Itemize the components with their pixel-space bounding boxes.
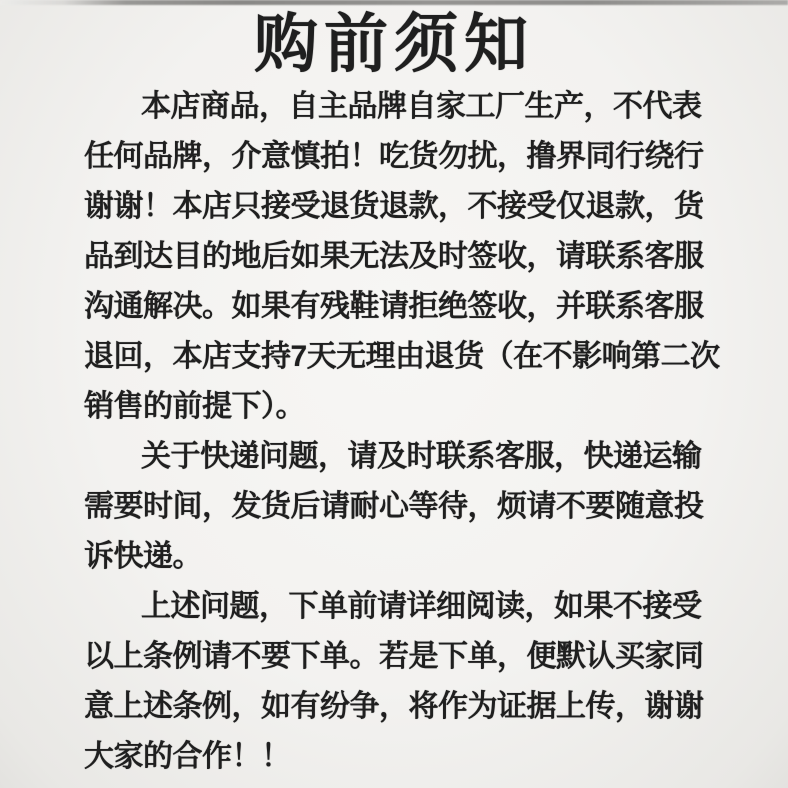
notice-line: 谢谢！本店只接受退货退款，不接受仅退款，货 [84,182,756,232]
notice-line: 诉快递。 [84,532,756,582]
notice-line: 以上条例请不要下单。若是下单，便默认买家同 [84,632,756,682]
notice-line: 本店商品，自主品牌自家工厂生产，不代表 [84,82,756,132]
notice-line: 品到达目的地后如果无法及时签收，请联系客服 [84,232,756,282]
paragraph-store-policy: 本店商品，自主品牌自家工厂生产，不代表 任何品牌，介意慎拍！吃货勿扰，撸界同行绕… [84,82,756,432]
page-title: 购前须知 [0,0,788,88]
notice-line: 沟通解决。如果有残鞋请拒绝签收，并联系客服 [84,282,756,332]
notice-body: 本店商品，自主品牌自家工厂生产，不代表 任何品牌，介意慎拍！吃货勿扰，撸界同行绕… [84,82,756,782]
purchase-notice-poster: 购前须知 本店商品，自主品牌自家工厂生产，不代表 任何品牌，介意慎拍！吃货勿扰，… [0,0,788,788]
paragraph-agreement: 上述问题，下单前请详细阅读，如果不接受 以上条例请不要下单。若是下单，便默认买家… [84,582,756,782]
paragraph-shipping: 关于快递问题，请及时联系客服，快递运输 需要时间，发货后请耐心等待，烦请不要随意… [84,432,756,582]
notice-line: 任何品牌，介意慎拍！吃货勿扰，撸界同行绕行 [84,132,756,182]
notice-line: 上述问题，下单前请详细阅读，如果不接受 [84,582,756,632]
notice-line: 销售的前提下）。 [84,382,756,432]
notice-line: 退回，本店支持7天无理由退货（在不影响第二次 [84,332,756,382]
notice-line: 大家的合作！！ [84,732,756,782]
notice-line: 意上述条例，如有纷争，将作为证据上传，谢谢 [84,682,756,732]
notice-line: 关于快递问题，请及时联系客服，快递运输 [84,432,756,482]
notice-line: 需要时间，发货后请耐心等待，烦请不要随意投 [84,482,756,532]
